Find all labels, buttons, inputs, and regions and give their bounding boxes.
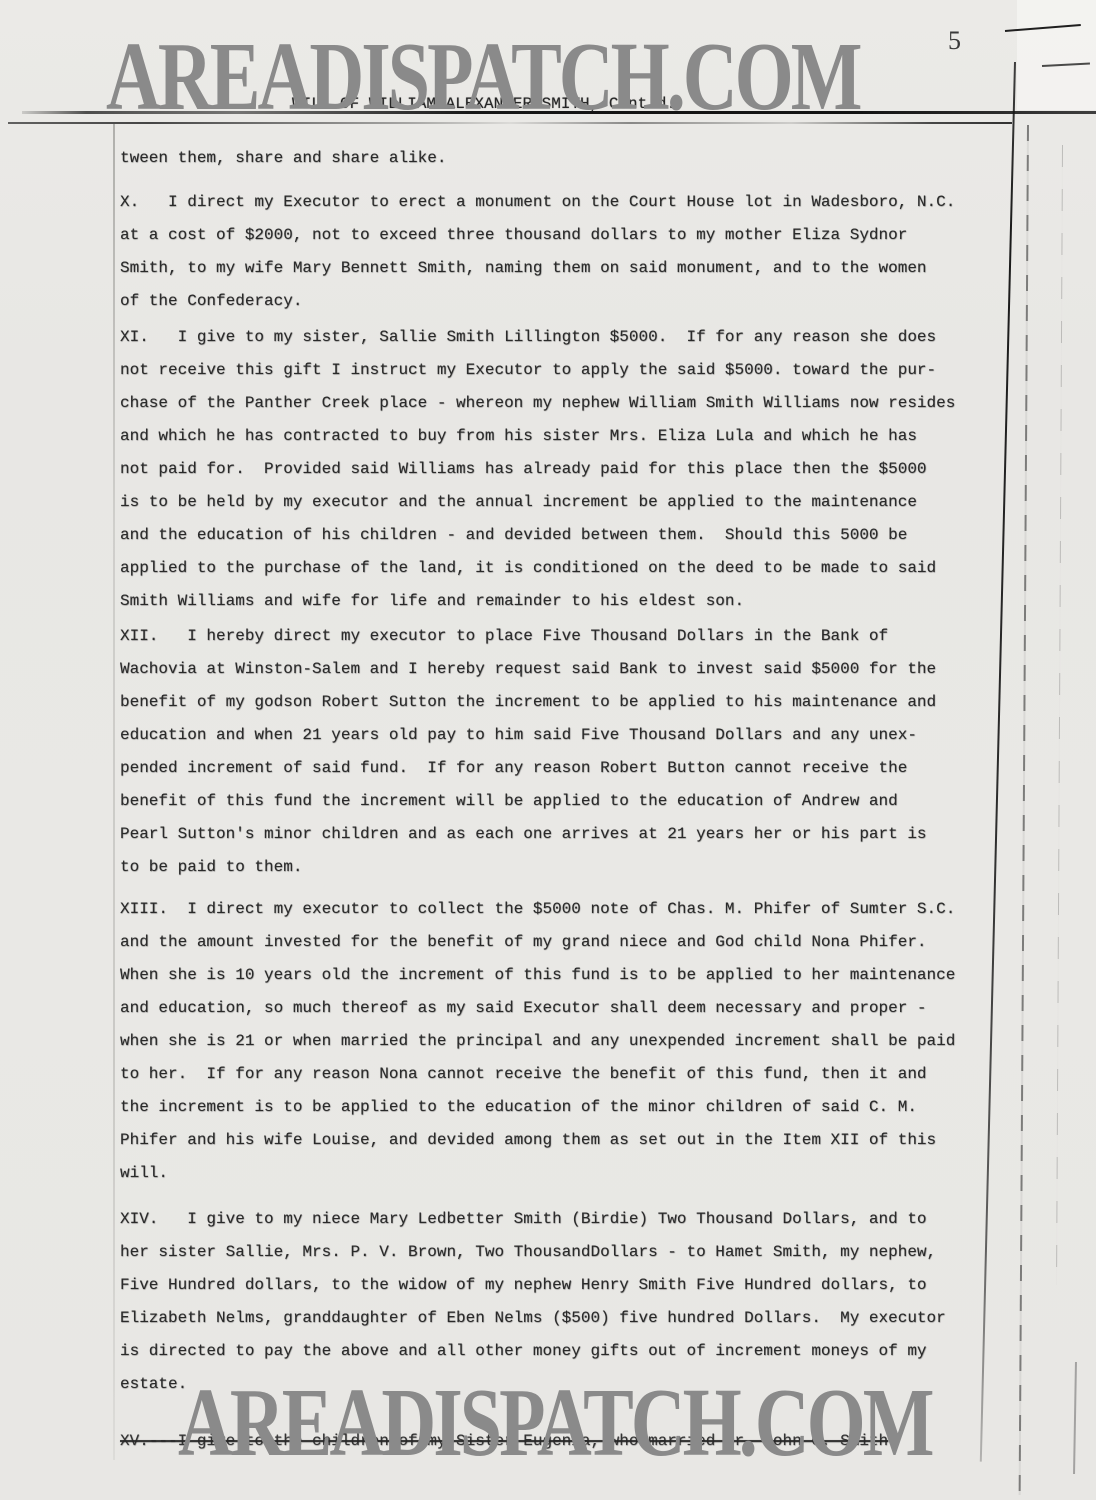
- text-line: XI. I give to my sister, Sallie Smith Li…: [120, 321, 955, 354]
- paragraph-item-xiii: XIII. I direct my executor to collect th…: [120, 893, 955, 1190]
- text-line: tween them, share and share alike.: [120, 142, 446, 175]
- text-line: When she is 10 years old the increment o…: [120, 959, 955, 992]
- text-line: when she is 21 or when married the princ…: [120, 1025, 955, 1058]
- text-line: Elizabeth Nelms, granddaughter of Eben N…: [120, 1302, 946, 1335]
- text-line: Five Hundred dollars, to the widow of my…: [120, 1269, 946, 1302]
- text-line: Smith Williams and wife for life and rem…: [120, 585, 955, 618]
- text-line: will.: [120, 1157, 955, 1190]
- text-line: and education, so much thereof as my sai…: [120, 992, 955, 1025]
- text-line: Wachovia at Winston-Salem and I hereby r…: [120, 653, 936, 686]
- paragraph-item-xi: XI. I give to my sister, Sallie Smith Li…: [120, 321, 955, 618]
- paragraph-continuation: tween them, share and share alike.: [120, 142, 446, 175]
- text-line: the increment is to be applied to the ed…: [120, 1091, 955, 1124]
- text-line: Smith, to my wife Mary Bennett Smith, na…: [120, 252, 955, 285]
- text-line: education and when 21 years old pay to h…: [120, 719, 936, 752]
- text-line: benefit of this fund the increment will …: [120, 785, 936, 818]
- document-body: tween them, share and share alike. X. I …: [120, 0, 1082, 1500]
- text-line: and the education of his children - and …: [120, 519, 955, 552]
- text-line: pended increment of said fund. If for an…: [120, 752, 936, 785]
- text-line: to her. If for any reason Nona cannot re…: [120, 1058, 955, 1091]
- text-line: of the Confederacy.: [120, 285, 955, 318]
- text-line: her sister Sallie, Mrs. P. V. Brown, Two…: [120, 1236, 946, 1269]
- text-line: chase of the Panther Creek place - where…: [120, 387, 955, 420]
- paragraph-item-x: X. I direct my Executor to erect a monum…: [120, 186, 955, 318]
- watermark-bottom: AREADISPATCH.COM: [178, 1368, 932, 1479]
- watermark-top: AREADISPATCH.COM: [106, 22, 860, 133]
- paragraph-item-xii: XII. I hereby direct my executor to plac…: [120, 620, 936, 884]
- text-line: X. I direct my Executor to erect a monum…: [120, 186, 955, 219]
- text-line: at a cost of $2000, not to exceed three …: [120, 219, 955, 252]
- scanned-will-page: AREADISPATCH.COM AREADISPATCH.COM 5 WILL…: [0, 0, 1096, 1500]
- scan-left-crease: [113, 124, 115, 1460]
- text-line: not paid for. Provided said Williams has…: [120, 453, 955, 486]
- text-line: and which he has contracted to buy from …: [120, 420, 955, 453]
- text-line: XIII. I direct my executor to collect th…: [120, 893, 955, 926]
- text-line: and the amount invested for the benefit …: [120, 926, 955, 959]
- text-line: XIV. I give to my niece Mary Ledbetter S…: [120, 1203, 946, 1236]
- text-line: is to be held by my executor and the ann…: [120, 486, 955, 519]
- text-line: is directed to pay the above and all oth…: [120, 1335, 946, 1368]
- text-line: to be paid to them.: [120, 851, 936, 884]
- text-line: applied to the purchase of the land, it …: [120, 552, 955, 585]
- text-line: not receive this gift I instruct my Exec…: [120, 354, 955, 387]
- text-line: XII. I hereby direct my executor to plac…: [120, 620, 936, 653]
- text-line: Pearl Sutton's minor children and as eac…: [120, 818, 936, 851]
- text-line: Phifer and his wife Louise, and devided …: [120, 1124, 955, 1157]
- text-line: benefit of my godson Robert Sutton the i…: [120, 686, 936, 719]
